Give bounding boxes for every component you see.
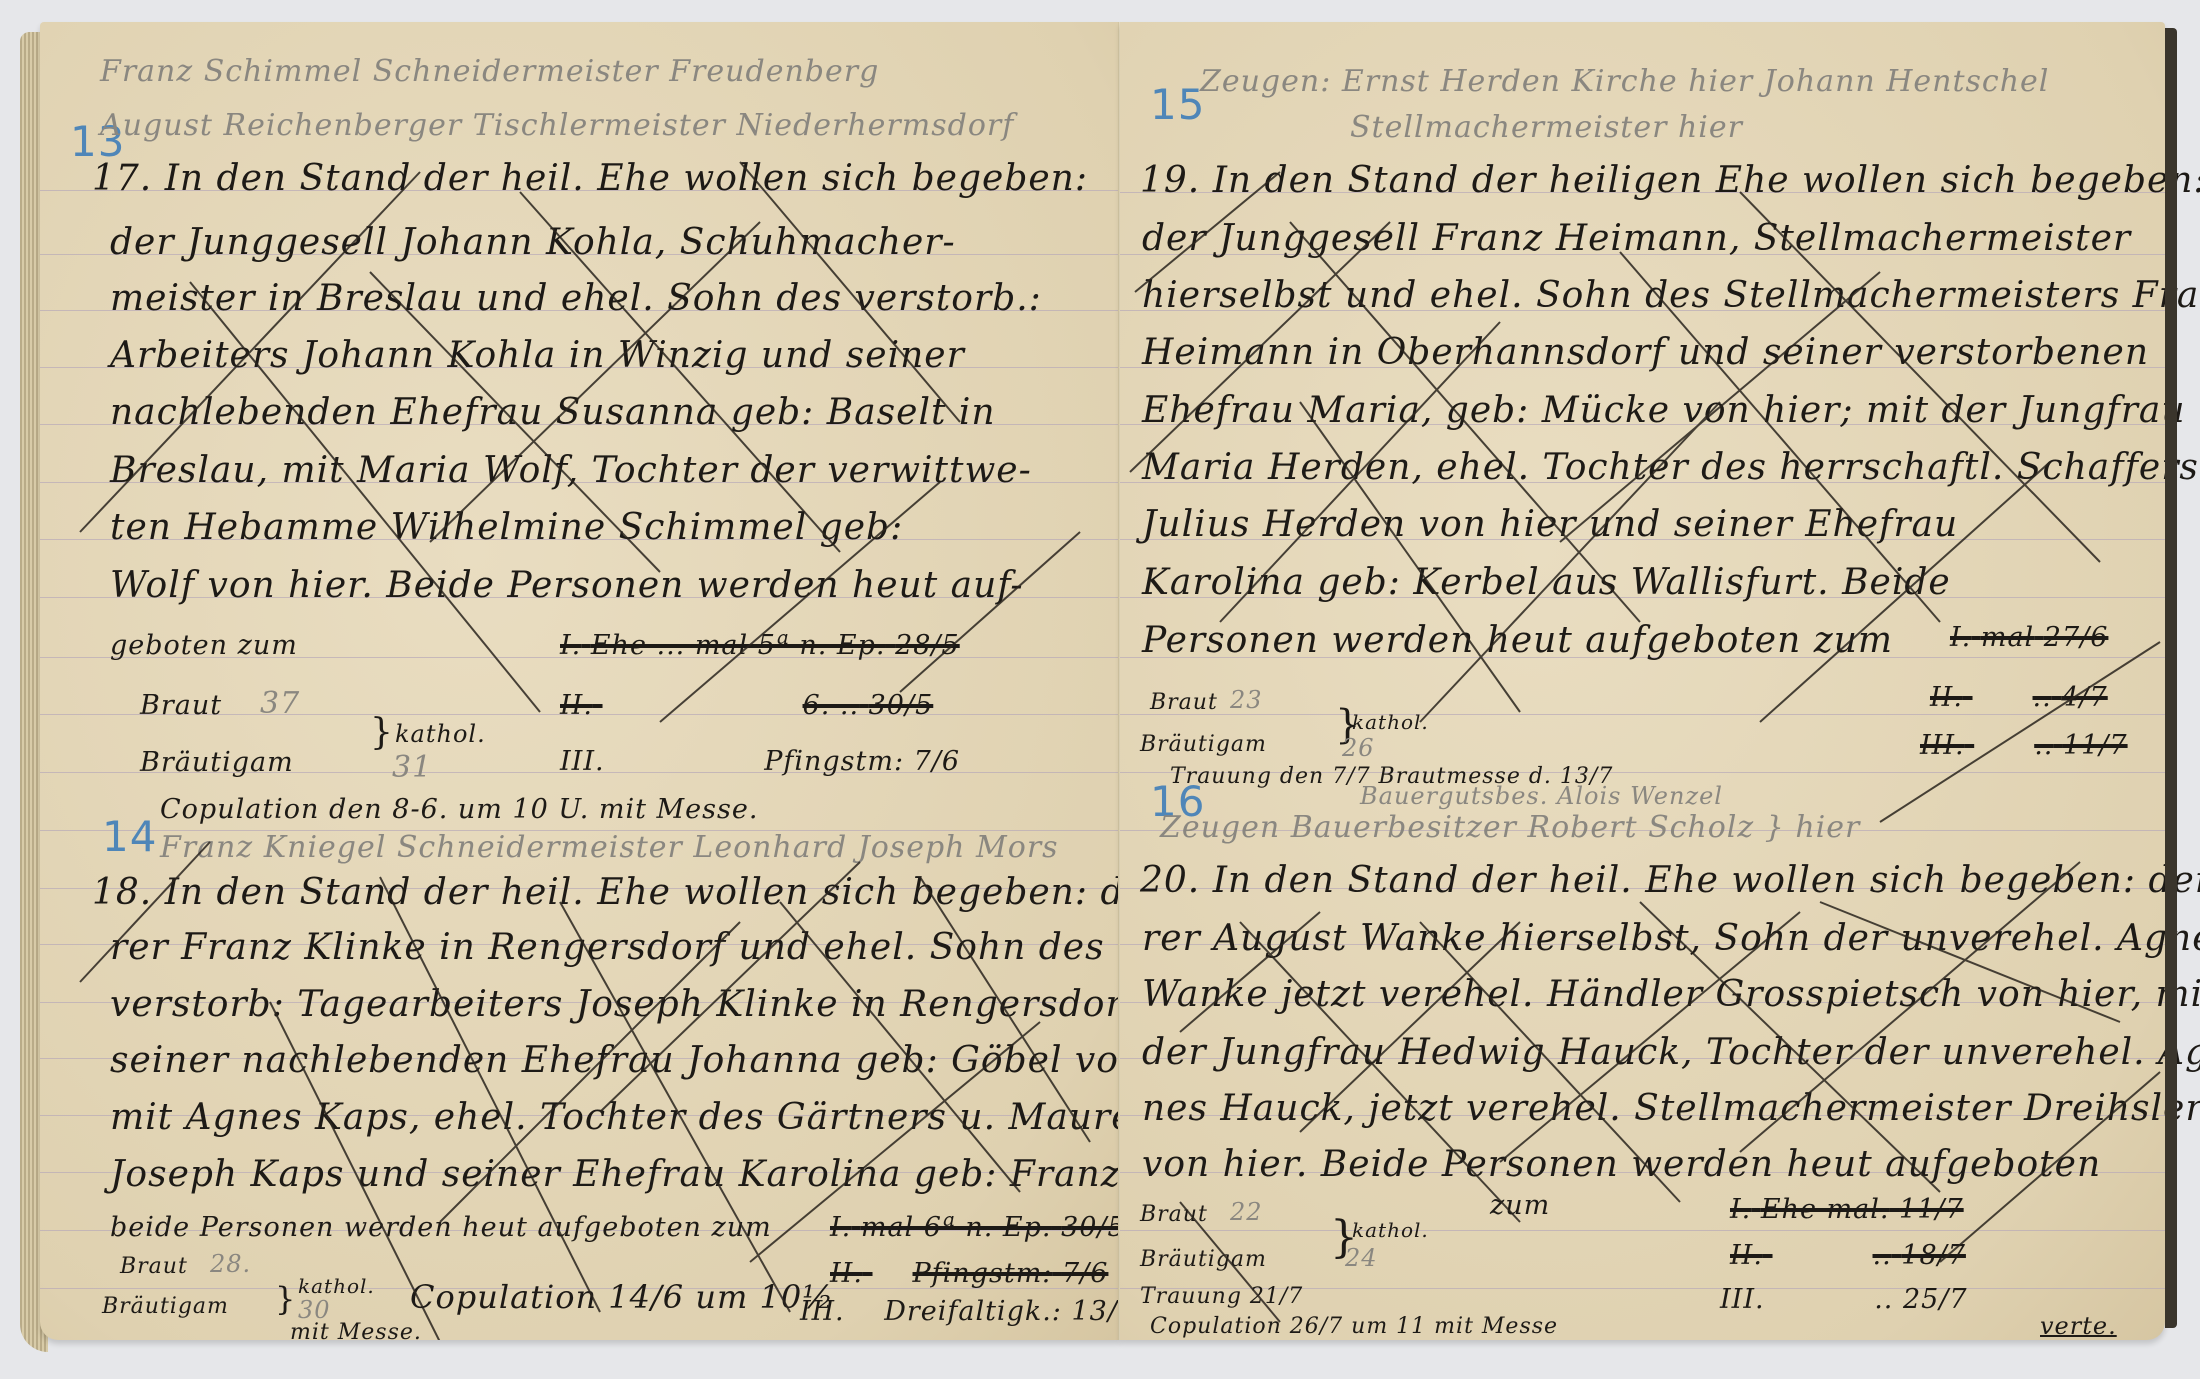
banns-label: II. xyxy=(1930,682,1963,713)
entry-17-line: meister in Breslau und ehel. Sohn des ve… xyxy=(110,278,1042,319)
entry-18-line: seiner nachlebenden Ehefrau Johanna geb:… xyxy=(110,1040,1248,1081)
entry-19-line: hierselbst und ehel. Sohn des Stellmache… xyxy=(1142,275,2200,316)
entry-18-line: Joseph Kaps und seiner Ehefrau Karolina … xyxy=(110,1154,1252,1195)
entry-19-line: Ehefrau Maria, geb: Mücke von hier; mit … xyxy=(1142,390,2186,431)
entry-20-line: der Jungfrau Hedwig Hauck, Tochter der u… xyxy=(1142,1032,2200,1073)
banns-text: Ehe ... mal 5ª n. Ep. xyxy=(591,630,886,661)
verte-note: verte. xyxy=(2040,1312,2117,1340)
groom-label: Bräutigam xyxy=(1140,732,1267,757)
entry-18-line: verstorb: Tagearbeiters Joseph Klinke in… xyxy=(110,984,1223,1025)
banns-label: I. xyxy=(560,630,581,661)
banns-text: 6. .. xyxy=(803,690,860,721)
entry-20-line: 20. In den Stand der heil. Ehe wollen si… xyxy=(1140,860,2200,901)
witness-note-16-line2: Zeugen Bauerbesitzer Robert Scholz } hie… xyxy=(1160,810,1860,845)
banns-label: II. xyxy=(830,1258,863,1289)
book-cover-edge xyxy=(2165,28,2177,1328)
entry-17-line: Wolf von hier. Beide Personen werden heu… xyxy=(110,565,1024,606)
entry-17-line: nachlebenden Ehefrau Susanna geb: Baselt… xyxy=(110,392,996,433)
banns-date: 11/7 xyxy=(2063,730,2128,761)
banns-text: .. xyxy=(1874,1284,1893,1315)
entry-18-line: rer Franz Klinke in Rengersdorf und ehel… xyxy=(110,927,1105,968)
entry-17-line: Breslau, mit Maria Wolf, Tochter der ver… xyxy=(110,450,1032,491)
entry-19-line: 19. In den Stand der heiligen Ehe wollen… xyxy=(1140,160,2200,201)
entry-18-line: mit Agnes Kaps, ehel. Tochter des Gärtne… xyxy=(110,1097,1283,1138)
religion-label: kathol. xyxy=(1352,1218,1429,1242)
bride-label: Braut xyxy=(140,690,222,721)
copulation-note: Copulation 14/6 um 10½ xyxy=(410,1278,834,1316)
banns-label: III. xyxy=(1920,730,1965,761)
banns-text: Ehe mal. xyxy=(1761,1194,1890,1225)
banns-label: I. xyxy=(1950,622,1971,653)
copulation-note: Copulation 26/7 um 11 mit Messe xyxy=(1150,1314,1558,1339)
trauung-note: Trauung 21/7 xyxy=(1140,1284,1303,1309)
banns-date: 4/7 xyxy=(2061,682,2107,713)
entry-18-line: 18. In den Stand der heil. Ehe wollen si… xyxy=(92,872,1275,913)
entry-19-line: Karolina geb: Kerbel aus Wallisfurt. Bei… xyxy=(1142,562,1951,603)
banns-text: .. xyxy=(2033,682,2052,713)
groom-label: Bräutigam xyxy=(102,1294,229,1319)
bride-age: 23 xyxy=(1230,686,1263,714)
banns-text: mal xyxy=(1981,622,2034,653)
banns-label: III. xyxy=(560,746,605,777)
groom-age: 31 xyxy=(392,750,432,785)
banns-label: II. xyxy=(560,690,593,721)
left-page: Franz Schimmel Schneidermeister Freudenb… xyxy=(40,22,1120,1340)
banns-date: 30/5 xyxy=(1061,1212,1126,1243)
entry-17-line: Arbeiters Johann Kohla in Winzig und sei… xyxy=(110,335,965,376)
witness-note-16-line1: Bauergutsbes. Alois Wenzel xyxy=(1360,782,1723,810)
banns-label: I. xyxy=(830,1212,851,1243)
banns-date: 28/5 xyxy=(895,630,960,661)
witness-note-13-line1: Franz Schimmel Schneidermeister Freudenb… xyxy=(100,54,879,89)
entry-17-line: der Junggesell Johann Kohla, Schuhmacher… xyxy=(110,222,956,263)
entry-20-line: von hier. Beide Personen werden heut auf… xyxy=(1142,1144,2101,1185)
entry-17-line: 17. In den Stand der heil. Ehe wollen si… xyxy=(92,158,1088,199)
banns-text: Pfingstm: xyxy=(913,1258,1053,1289)
bride-age: 22 xyxy=(1230,1198,1263,1226)
witness-note-14: Franz Kniegel Schneidermeister Leonhard … xyxy=(160,830,1059,865)
entry-index-number: 15 xyxy=(1150,80,1205,129)
witness-note-15-line1: Zeugen: Ernst Herden Kirche hier Johann … xyxy=(1200,64,2049,99)
bride-age: 37 xyxy=(260,686,300,721)
banns-date: 11/7 xyxy=(1899,1194,1964,1225)
banns-date: 7/6 xyxy=(1062,1258,1108,1289)
religion-label: kathol. xyxy=(298,1274,375,1298)
bride-label: Braut xyxy=(1150,690,1218,715)
banns-date: 7/6 xyxy=(914,746,960,777)
brace: } xyxy=(275,1280,296,1318)
banns-text: .. xyxy=(2034,730,2053,761)
banns-label: III. xyxy=(1720,1284,1765,1315)
bride-age: 28. xyxy=(210,1250,251,1278)
banns-text: Pfingstm: xyxy=(764,746,904,777)
entry-20-line: Wanke jetzt verehel. Händler Grosspietsc… xyxy=(1142,974,2200,1015)
banns-text: .. xyxy=(1873,1240,1892,1271)
entry-19-line: der Junggesell Franz Heimann, Stellmache… xyxy=(1142,218,2131,259)
entry-19-line: Maria Herden, ehel. Tochter des herrscha… xyxy=(1142,447,2199,488)
witness-note-13-line2: August Reichenberger Tischlermeister Nie… xyxy=(100,108,1014,143)
right-page: 15 Zeugen: Ernst Herden Kirche hier Joha… xyxy=(1120,22,2165,1340)
mass-note: mit Messe. xyxy=(290,1320,422,1345)
banns-date: 30/5 xyxy=(869,690,934,721)
entry-19-line: Julius Herden von hier und seiner Ehefra… xyxy=(1142,504,1958,545)
groom-label: Bräutigam xyxy=(140,747,294,778)
cancellation-strokes xyxy=(40,22,1120,1340)
banns-date: 25/7 xyxy=(1903,1284,1968,1315)
open-register-book: Franz Schimmel Schneidermeister Freudenb… xyxy=(20,22,2180,1367)
banns-label: II. xyxy=(1730,1240,1763,1271)
groom-age: 24 xyxy=(1345,1244,1378,1272)
entry-19-line: Personen werden heut aufgeboten zum xyxy=(1142,620,1893,661)
groom-age: 26 xyxy=(1342,734,1375,762)
entry-19-line: Heimann in Oberhannsdorf und seiner vers… xyxy=(1142,332,2149,373)
entry-20-line: rer August Wanke hierselbst, Sohn der un… xyxy=(1142,918,2200,959)
entry-20-line: nes Hauck, jetzt verehel. Stellmachermei… xyxy=(1142,1088,2200,1129)
entry-18-line: beide Personen werden heut aufgeboten zu… xyxy=(110,1212,772,1243)
banns-label: I. xyxy=(1730,1194,1751,1225)
entry-20-line: zum xyxy=(1490,1190,1550,1221)
banns-date: 27/6 xyxy=(2044,622,2109,653)
entry-index-number: 14 xyxy=(102,812,157,861)
witness-note-15-line2: Stellmachermeister hier xyxy=(1350,110,1743,145)
banns-date: 18/7 xyxy=(1901,1240,1966,1271)
banns-text: Dreifaltigk.: xyxy=(884,1296,1062,1327)
banns-text: mal 6ª n. Ep. xyxy=(861,1212,1052,1243)
groom-label: Bräutigam xyxy=(1140,1247,1267,1272)
brace: } xyxy=(370,712,394,753)
religion-label: kathol. xyxy=(395,720,486,748)
entry-17-line: ten Hebamme Wilhelmine Schimmel geb: xyxy=(110,507,903,548)
bride-label: Braut xyxy=(1140,1202,1208,1227)
entry-17-line: geboten zum xyxy=(110,630,298,661)
bride-label: Braut xyxy=(120,1254,188,1279)
religion-label: kathol. xyxy=(1352,710,1429,734)
copulation-note: Copulation den 8-6. um 10 U. mit Messe. xyxy=(160,794,758,825)
